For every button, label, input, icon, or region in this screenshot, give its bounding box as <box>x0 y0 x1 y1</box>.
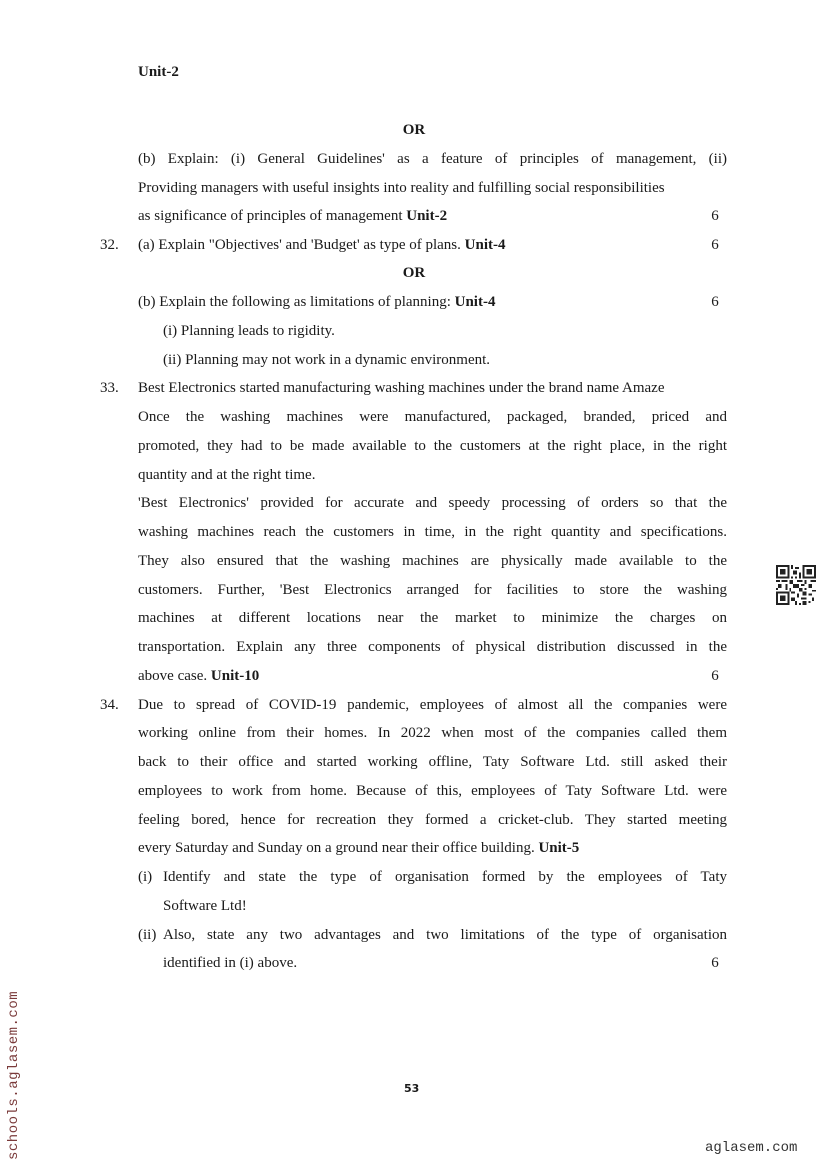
question-text-line: Once the washing machines were manufactu… <box>138 403 727 432</box>
sub-item: (i) Planning leads to rigidity. <box>163 317 727 346</box>
sub-item: Software Ltd! <box>163 892 727 921</box>
sub-item-label: (ii) <box>138 921 163 950</box>
question-text-line: Due to spread of COVID-19 pandemic, empl… <box>138 691 727 720</box>
question-text-line: back to their office and started working… <box>138 748 727 777</box>
question-text: (b) Explain the following as limitations… <box>138 294 455 310</box>
question-text: as significance of principles of managem… <box>138 208 406 224</box>
marks: 6 <box>709 662 721 691</box>
question-text-line: promoted, they had to be made available … <box>138 432 727 461</box>
question-text-line: (b) Explain the following as limitations… <box>138 288 727 317</box>
sub-item: Also, state any two advantages and two l… <box>163 921 727 950</box>
question-text-line: working online from their homes. In 2022… <box>138 719 727 748</box>
question-text-line: (b) Explain: (i) General Guidelines' as … <box>138 145 727 174</box>
unit-tag: Unit-10 <box>211 668 259 684</box>
question-text-line: quantity and at the right time. <box>138 461 727 490</box>
sub-item-label: (i) <box>138 863 163 892</box>
marks: 6 <box>709 202 721 231</box>
question-text-line: Best Electronics started manufacturing w… <box>138 374 727 403</box>
question-text-line: as significance of principles of managem… <box>138 202 727 231</box>
unit-tag: Unit-4 <box>465 237 506 253</box>
question-text: (a) Explain "Objectives' and 'Budget' as… <box>138 237 465 253</box>
question-text-line: machines at different locations near the… <box>138 604 727 633</box>
question-text-line: every Saturday and Sunday on a ground ne… <box>138 834 727 863</box>
unit-heading: Unit-2 <box>138 58 179 87</box>
question-text-line: They also ensured that the washing machi… <box>138 547 727 576</box>
question-text-line: Providing managers with useful insights … <box>138 174 727 203</box>
watermark-corner: aglasem.com <box>705 1140 797 1156</box>
question-number: 33. <box>100 374 130 403</box>
question-number: 32. <box>100 231 130 260</box>
question-text: every Saturday and Sunday on a ground ne… <box>138 840 538 856</box>
sub-item: identified in (i) above. <box>163 949 727 978</box>
sub-item: Identify and state the type of organisat… <box>163 863 727 892</box>
watermark-side: schools.aglasem.com <box>6 991 22 1160</box>
question-text-line: customers. Further, 'Best Electronics ar… <box>138 576 727 605</box>
or-divider: OR <box>380 116 448 145</box>
qr-code-icon <box>776 565 816 605</box>
marks: 6 <box>709 231 721 260</box>
marks: 6 <box>709 288 721 317</box>
question-number: 34. <box>100 691 130 720</box>
unit-tag: Unit-5 <box>538 840 579 856</box>
question-text-line: employees to work from home. Because of … <box>138 777 727 806</box>
sub-item: (ii) Planning may not work in a dynamic … <box>163 346 727 375</box>
page-number: 53 <box>404 1082 419 1095</box>
question-text-line: washing machines reach the customers in … <box>138 518 727 547</box>
marks: 6 <box>709 949 721 978</box>
question-text-line: feeling bored, hence for recreation they… <box>138 806 727 835</box>
unit-tag: Unit-4 <box>455 294 496 310</box>
question-text: above case. <box>138 668 211 684</box>
question-text-line: transportation. Explain any three compon… <box>138 633 727 662</box>
unit-tag: Unit-2 <box>406 208 447 224</box>
question-text-line: above case. Unit-10 <box>138 662 727 691</box>
question-text-line: (a) Explain "Objectives' and 'Budget' as… <box>138 231 727 260</box>
question-text-line: 'Best Electronics' provided for accurate… <box>138 489 727 518</box>
or-divider: OR <box>380 259 448 288</box>
